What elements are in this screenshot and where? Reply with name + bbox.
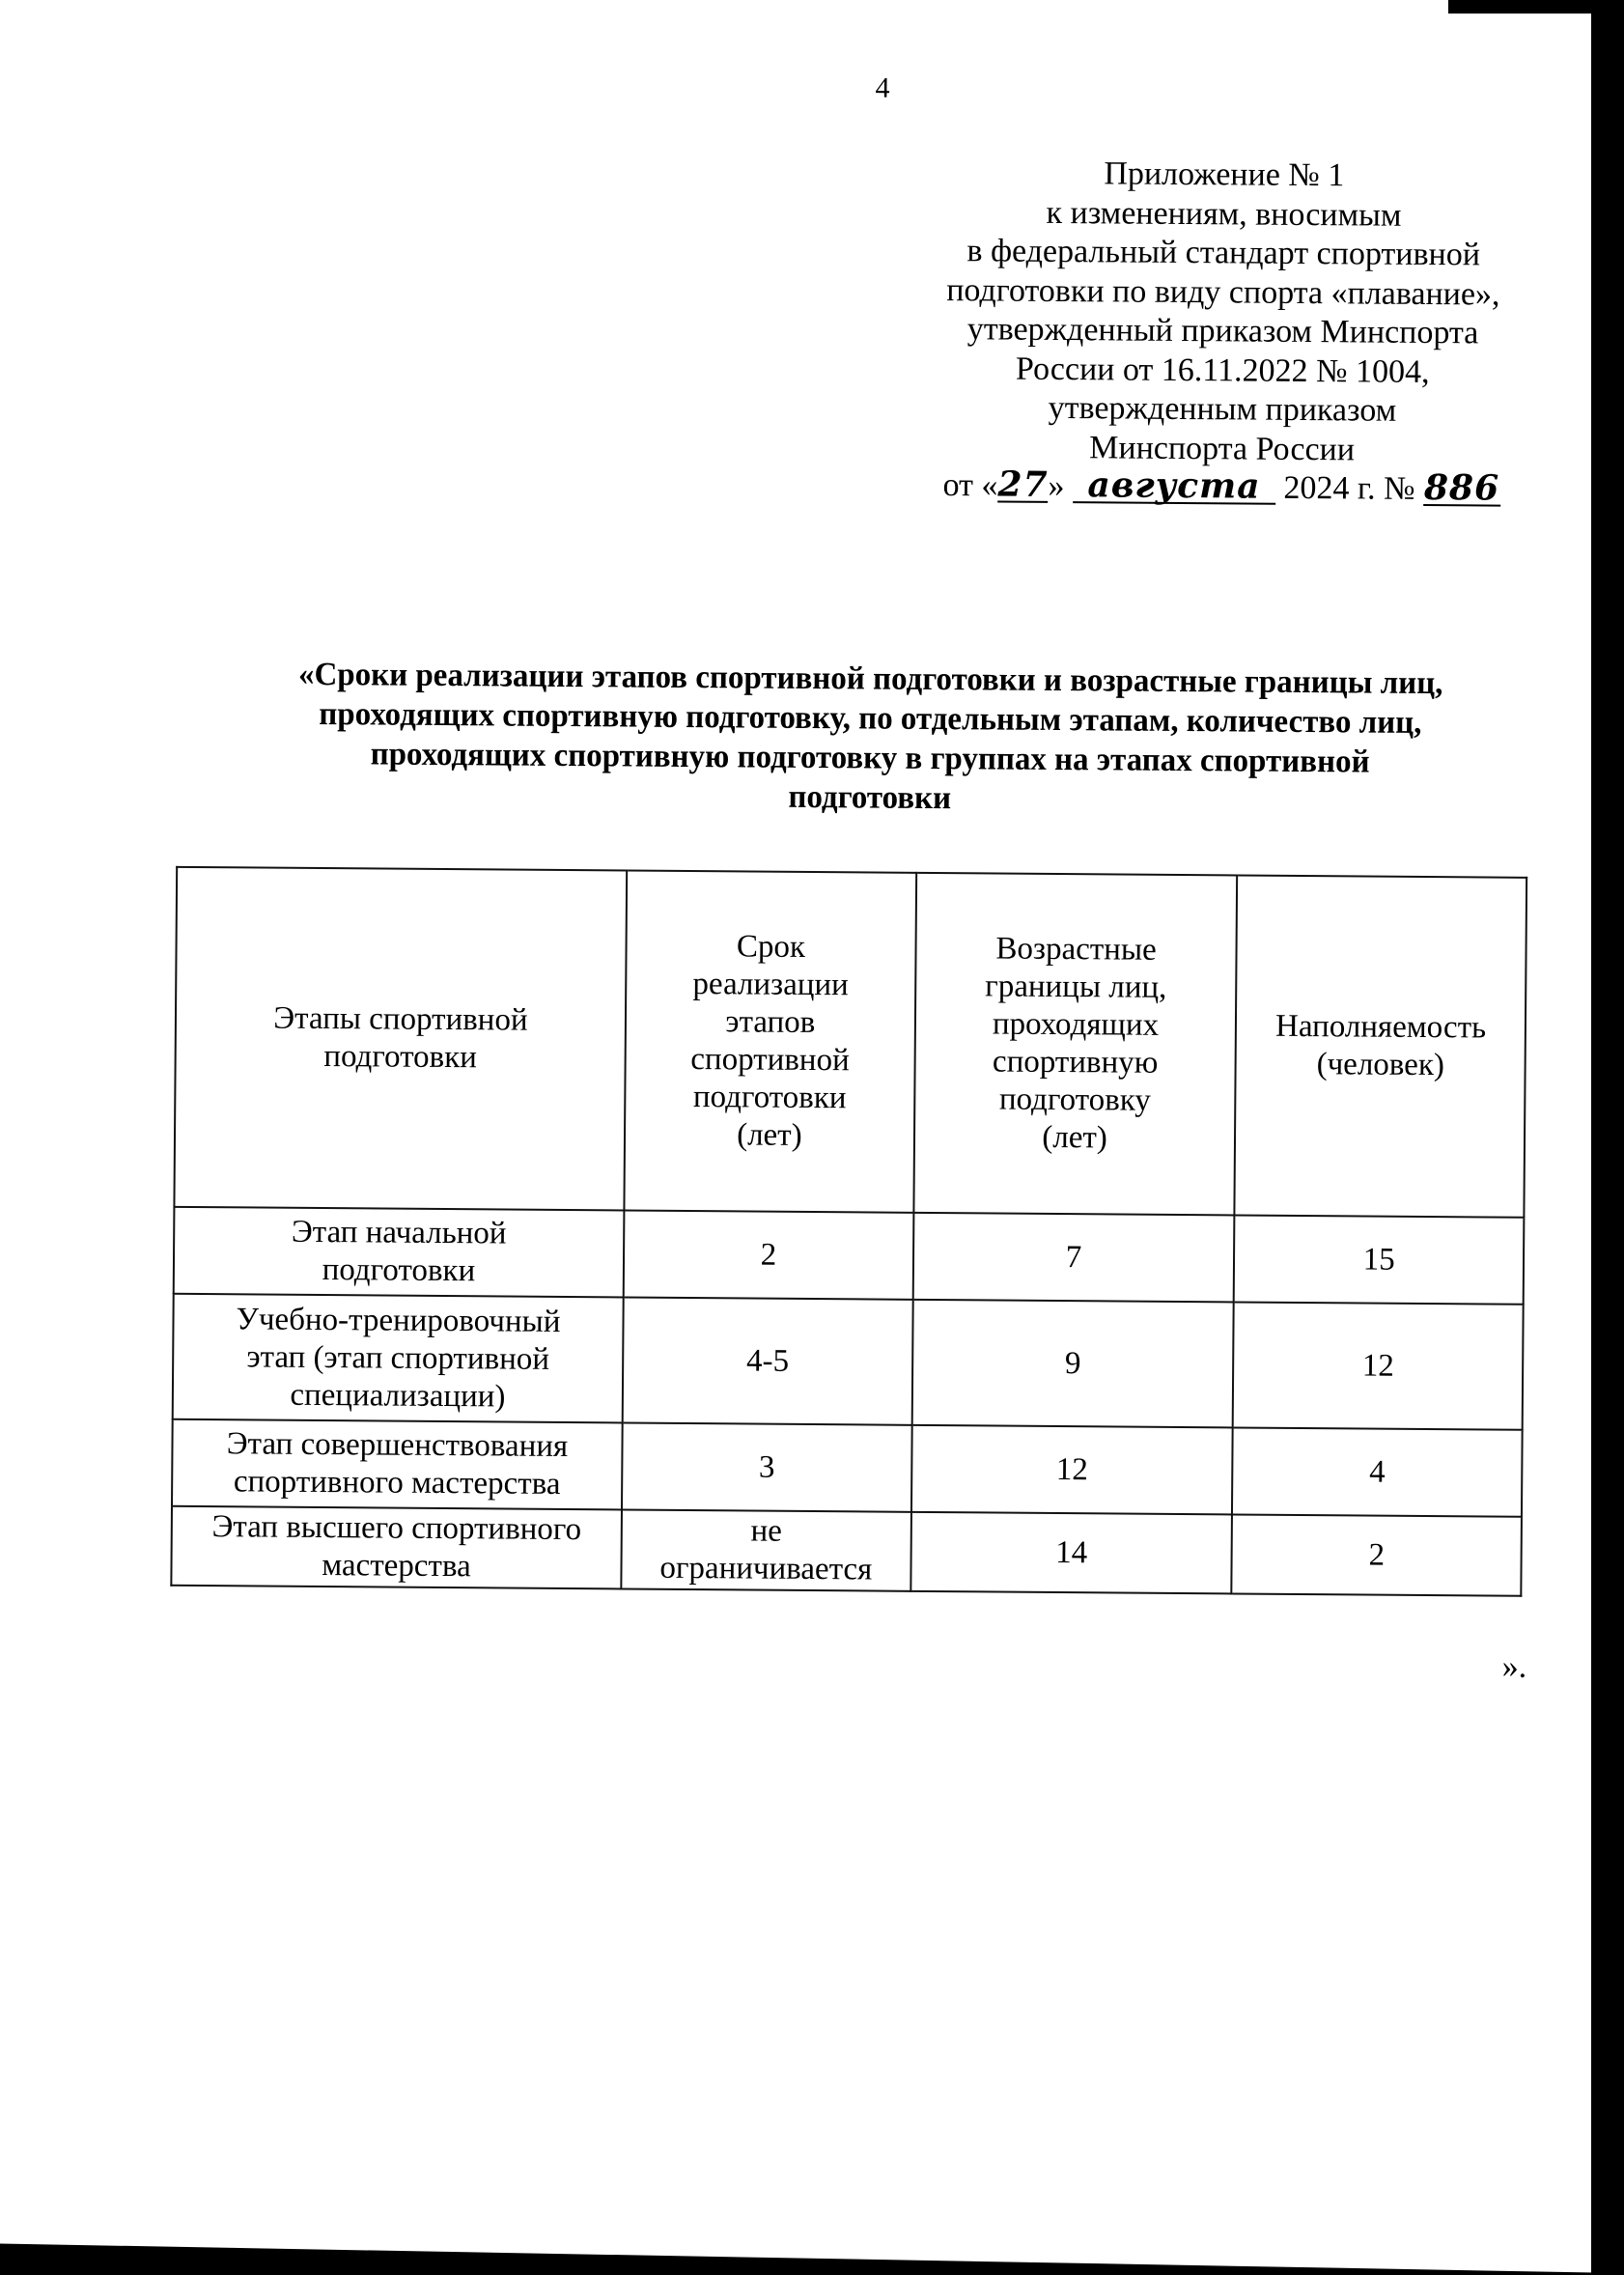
- age-value: 7: [912, 1213, 1234, 1303]
- appendix-line: подготовки по виду спорта «плавание»,: [876, 270, 1571, 315]
- closing-quote: ».: [1502, 1649, 1527, 1686]
- stage-name: Этап высшего спортивного мастерства: [171, 1506, 622, 1589]
- page-number: 4: [875, 71, 889, 104]
- appendix-line: России от 16.11.2022 № 1004,: [875, 349, 1570, 393]
- duration-value: 4-5: [623, 1297, 913, 1424]
- header-group-size: Наполняемость (человек): [1235, 875, 1526, 1217]
- group-size-value: 15: [1234, 1215, 1524, 1304]
- age-value: 9: [911, 1300, 1234, 1428]
- appendix-line: к изменениям, вносимым: [876, 192, 1571, 237]
- table-row: Этап начальной подготовки 2 7 15: [174, 1207, 1525, 1305]
- duration-value: 3: [622, 1422, 911, 1511]
- handwritten-month: августа: [1073, 468, 1275, 505]
- stage-name: Этап совершенствования спортивного масте…: [172, 1419, 623, 1510]
- handwritten-day: 27: [997, 467, 1048, 502]
- age-value: 14: [910, 1512, 1232, 1594]
- header-stages: Этапы спортивной подготовки: [174, 867, 627, 1211]
- table-row: Этап совершенствования спортивного масте…: [172, 1419, 1523, 1517]
- appendix-line: утвержденным приказом: [875, 387, 1570, 432]
- stages-table: Этапы спортивной подготовки Срок реализа…: [170, 866, 1527, 1597]
- appendix-line: Минспорта России: [874, 427, 1569, 471]
- document-title: «Сроки реализации этапов спортивной подг…: [205, 654, 1536, 823]
- table-row: Этап высшего спортивного мастерства не о…: [171, 1506, 1522, 1596]
- stage-name: Учебно-тренировочный этап (этап спортивн…: [173, 1294, 624, 1423]
- stage-name: Этап начальной подготовки: [174, 1207, 625, 1298]
- duration-value: 2: [624, 1210, 913, 1299]
- appendix-line: Приложение № 1: [877, 154, 1572, 198]
- age-value: 12: [911, 1425, 1233, 1515]
- appendix-line: утвержденный приказом Минспорта: [875, 309, 1570, 353]
- order-date-mid: »: [1048, 468, 1073, 504]
- appendix-header: Приложение № 1 к изменениям, вносимым в …: [874, 154, 1572, 511]
- appendix-line: в федеральный стандарт спортивной: [876, 232, 1571, 276]
- table-header-row: Этапы спортивной подготовки Срок реализа…: [174, 867, 1526, 1218]
- duration-value: не ограничивается: [621, 1509, 910, 1590]
- group-size-value: 4: [1232, 1427, 1522, 1516]
- header-duration: Срок реализации этапов спортивной подгот…: [624, 870, 916, 1212]
- group-size-value: 2: [1232, 1514, 1522, 1595]
- table-row: Учебно-тренировочный этап (этап спортивн…: [173, 1294, 1524, 1430]
- order-date-line: от «27» августа 2024 г. № 886: [874, 465, 1569, 510]
- handwritten-order-number: 886: [1423, 471, 1500, 507]
- header-age-limits: Возрастные границы лиц, проходящих спорт…: [913, 873, 1237, 1216]
- order-date-prefix: от «: [942, 467, 997, 503]
- order-year: 2024 г. №: [1275, 470, 1423, 507]
- document-page: 4 Приложение № 1 к изменениям, вносимым …: [0, 0, 1624, 2275]
- group-size-value: 12: [1233, 1302, 1524, 1429]
